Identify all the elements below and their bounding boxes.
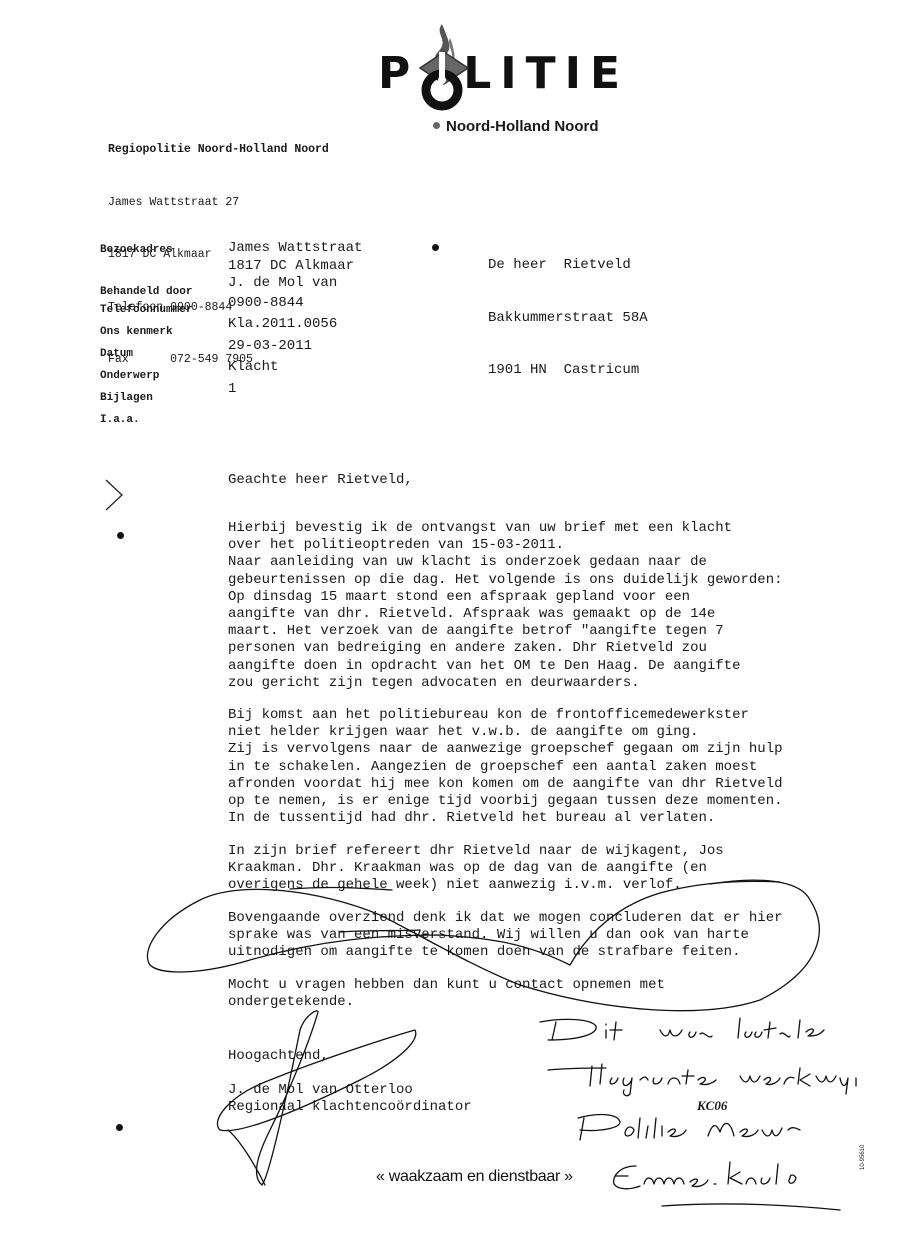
sender-street: James Wattstraat 27 [108, 194, 329, 212]
sender-organization: Regiopolitie Noord-Holland Noord [108, 141, 329, 159]
recipient-address: De heer Rietveld Bakkummerstraat 58A 190… [488, 222, 648, 397]
meta-labels: Bezoekadres Behandeld door Telefoonnumme… [100, 240, 192, 430]
value-phone: 0900-8844 [228, 293, 362, 314]
letter-paragraph-5: Mocht u vragen hebben dan kunt u contact… [228, 977, 665, 1011]
label-copy-to: I.a.a. [100, 410, 192, 430]
label-attachments: Bijlagen [100, 388, 192, 408]
letter-paragraph-4: Bovengaande overziend denk ik dat we mog… [228, 910, 783, 962]
letter-paragraph-3: In zijn brief refereert dhr Rietveld naa… [228, 843, 724, 895]
handwritten-note-2-strokes [548, 1064, 856, 1096]
letter-closing: Hoogachtend, [228, 1048, 329, 1065]
police-flame-emblem-icon [416, 22, 472, 112]
label-visit-address: Bezoekadres [100, 240, 192, 260]
value-handled-by: J. de Mol van [228, 273, 362, 294]
region-bullet-icon [433, 122, 440, 129]
letter-greeting: Geachte heer Rietveld, [228, 472, 413, 489]
fold-mark-chevron-icon [104, 478, 124, 512]
region-name: Noord-Holland Noord [433, 118, 598, 135]
footer-slogan: « waakzaam en dienstbaar » [376, 1168, 573, 1186]
handwritten-note-1-strokes [540, 1018, 824, 1040]
fold-mark-dot [432, 244, 439, 251]
recipient-name: De heer Rietveld [488, 257, 648, 275]
signatory-name: J. de Mol van Otterloo [228, 1082, 413, 1099]
label-phone: Telefoonnummer [100, 300, 192, 320]
letter-paragraph-1: Hierbij bevestig ik de ontvangst van uw … [228, 520, 783, 692]
value-reference: Kla.2011.0056 [228, 314, 362, 335]
stamp-code: KC06 [697, 1098, 727, 1114]
recipient-postal-city: 1901 HN Castricum [488, 362, 648, 380]
label-subject: Onderwerp [100, 366, 192, 386]
value-attachments: 1 [228, 379, 362, 400]
label-date: Datum [100, 344, 192, 364]
letter-paragraph-2: Bij komst aan het politiebureau kon de f… [228, 707, 783, 827]
handwritten-note-4-strokes [614, 1162, 840, 1210]
handwritten-note-3-strokes [578, 1115, 800, 1140]
value-subject: Klacht [228, 357, 362, 378]
punch-mark-dot-bottom [116, 1124, 123, 1131]
meta-values: James Wattstraat 1817 DC Alkmaar J. de M… [228, 238, 362, 399]
punch-mark-dot [117, 532, 124, 539]
wordmark-litie: LITIE [463, 48, 629, 99]
recipient-street: Bakkummerstraat 58A [488, 310, 648, 328]
signatory-title: Regionaal klachtencoördinator [228, 1099, 472, 1116]
label-handled-by: Behandeld door [100, 282, 192, 302]
label-reference: Ons kenmerk [100, 322, 192, 342]
wordmark-p: P [378, 48, 419, 99]
document-code: 10-95610 [860, 1145, 866, 1170]
value-date: 29-03-2011 [228, 336, 362, 357]
